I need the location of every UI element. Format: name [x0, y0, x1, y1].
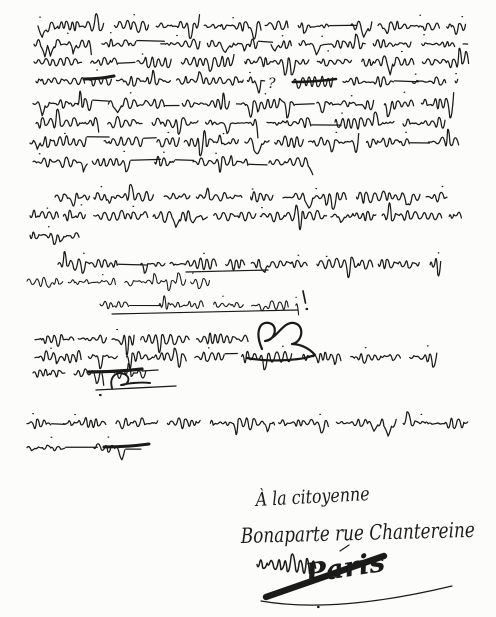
strikethrough-3: [88, 369, 142, 372]
underline-paraphe: [96, 386, 176, 390]
address-block: À la citoyenne Bonaparte rue Chantereine…: [240, 482, 475, 590]
p1-line2: [34, 33, 468, 57]
strikethrough-4: [104, 444, 149, 447]
p1-line3: [34, 48, 469, 75]
strikethrough-1: [84, 76, 114, 79]
manuscript-page: ? À la citoyenne Bonaparte rue Chanterei…: [0, 0, 496, 617]
p1-line7: [30, 129, 459, 155]
p5-line1: [27, 412, 468, 436]
strikethrough-3-tail: [142, 370, 158, 371]
p2-line3: [30, 227, 79, 245]
underline-certitude: [186, 270, 268, 272]
p5-line2: [27, 437, 141, 460]
p1-line6: [36, 109, 445, 138]
underline-center: [112, 310, 298, 314]
paris-tick: [340, 545, 349, 551]
p4-line1: [35, 330, 248, 356]
paraphe-large: [247, 323, 315, 361]
address-line-city: Paris: [302, 547, 387, 590]
address-line-name-street: Bonaparte rue Chantereine: [240, 518, 475, 548]
p4-line2: [35, 346, 437, 370]
question-mark: ?: [268, 76, 276, 92]
p2-line2: [30, 203, 461, 230]
p3-line2: [27, 273, 210, 291]
p3-line1: [58, 252, 441, 278]
p1-line8: [33, 151, 313, 174]
p1-line4a: [36, 70, 265, 93]
p1-line5: [33, 91, 454, 118]
address-line-recipient: À la citoyenne: [253, 482, 370, 511]
handwriting-canvas: ? À la citoyenne Bonaparte rue Chanterei…: [0, 0, 496, 617]
p1-line1: [38, 14, 466, 39]
handwriting-body: ?: [27, 14, 469, 607]
exclamation-stroke: [303, 291, 306, 303]
